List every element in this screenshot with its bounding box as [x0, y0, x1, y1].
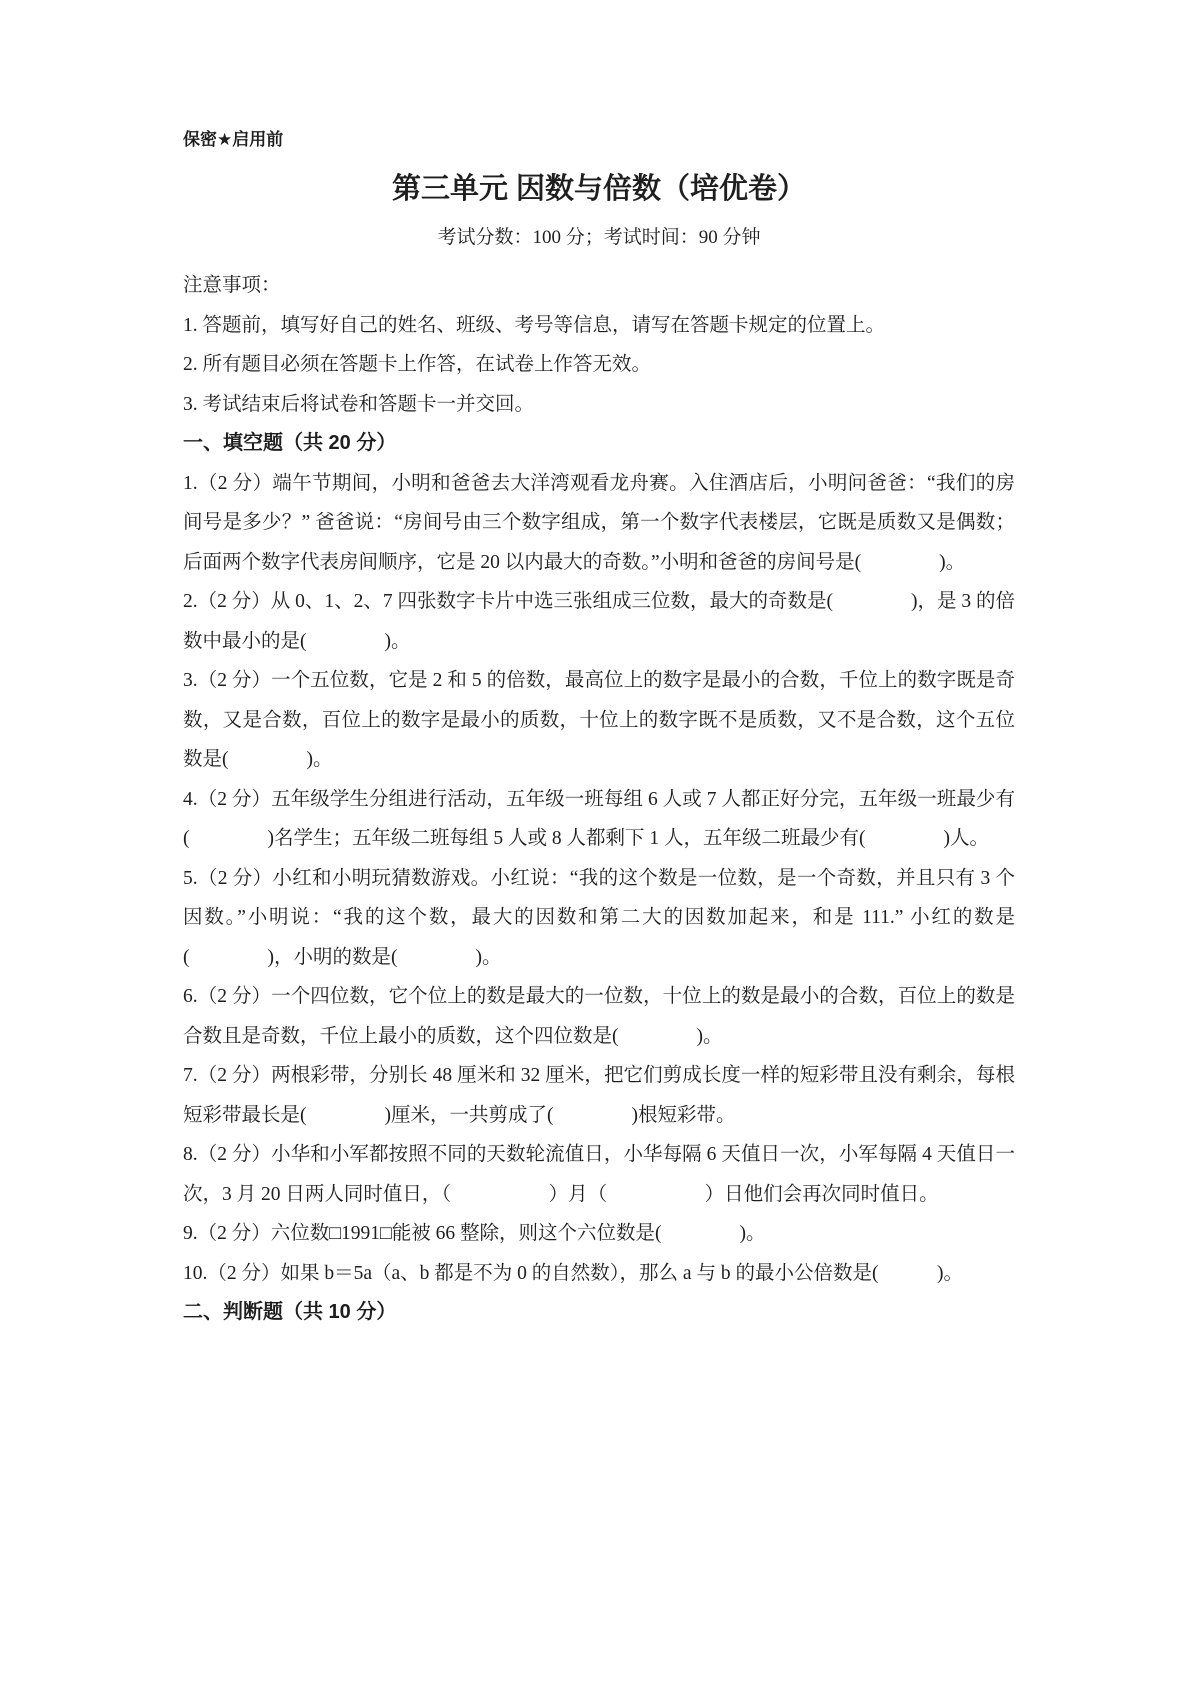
question-item: 4.（2 分）五年级学生分组进行活动，五年级一班每组 6 人或 7 人都正好分完… [183, 780, 1015, 859]
question-item: 7.（2 分）两根彩带，分别长 48 厘米和 32 厘米，把它们剪成长度一样的短… [183, 1056, 1015, 1135]
question-item: 10.（2 分）如果 b＝5a（a、b 都是不为 0 的自然数），那么 a 与 … [183, 1254, 1015, 1294]
notes-heading: 注意事项： [183, 266, 1015, 306]
section-heading-fill-in: 一、填空题（共 20 分） [183, 424, 1015, 464]
section-heading-judge: 二、判断题（共 10 分） [183, 1293, 1015, 1333]
question-item: 3.（2 分）一个五位数，它是 2 和 5 的倍数，最高位上的数字是最小的合数，… [183, 661, 1015, 780]
question-item: 2.（2 分）从 0、1、2、7 四张数字卡片中选三张组成三位数，最大的奇数是(… [183, 582, 1015, 661]
question-item: 9.（2 分）六位数□1991□能被 66 整除，则这个六位数是( )。 [183, 1214, 1015, 1254]
note-item: 3. 考试结束后将试卷和答题卡一并交回。 [183, 385, 1015, 425]
exam-score-time: 考试分数：100 分；考试时间：90 分钟 [183, 227, 1015, 249]
note-item: 1. 答题前，填写好自己的姓名、班级、考号等信息，请写在答题卡规定的位置上。 [183, 306, 1015, 346]
question-item: 6.（2 分）一个四位数，它个位上的数是最大的一位数，十位上的数是最小的合数，百… [183, 977, 1015, 1056]
exam-body: 注意事项： 1. 答题前，填写好自己的姓名、班级、考号等信息，请写在答题卡规定的… [183, 266, 1015, 1333]
exam-page: 保密★启用前 第三单元 因数与倍数（培优卷） 考试分数：100 分；考试时间：9… [0, 0, 1190, 1682]
question-item: 5.（2 分）小红和小明玩猜数游戏。小红说：“我的这个数是一位数，是一个奇数，并… [183, 859, 1015, 978]
question-item: 8.（2 分）小华和小军都按照不同的天数轮流值日，小华每隔 6 天值日一次，小军… [183, 1135, 1015, 1214]
question-item: 1.（2 分）端午节期间，小明和爸爸去大洋湾观看龙舟赛。入住酒店后，小明问爸爸：… [183, 464, 1015, 583]
page-title: 第三单元 因数与倍数（培优卷） [183, 172, 1015, 206]
classification-label: 保密★启用前 [183, 130, 1015, 150]
note-item: 2. 所有题目必须在答题卡上作答，在试卷上作答无效。 [183, 345, 1015, 385]
